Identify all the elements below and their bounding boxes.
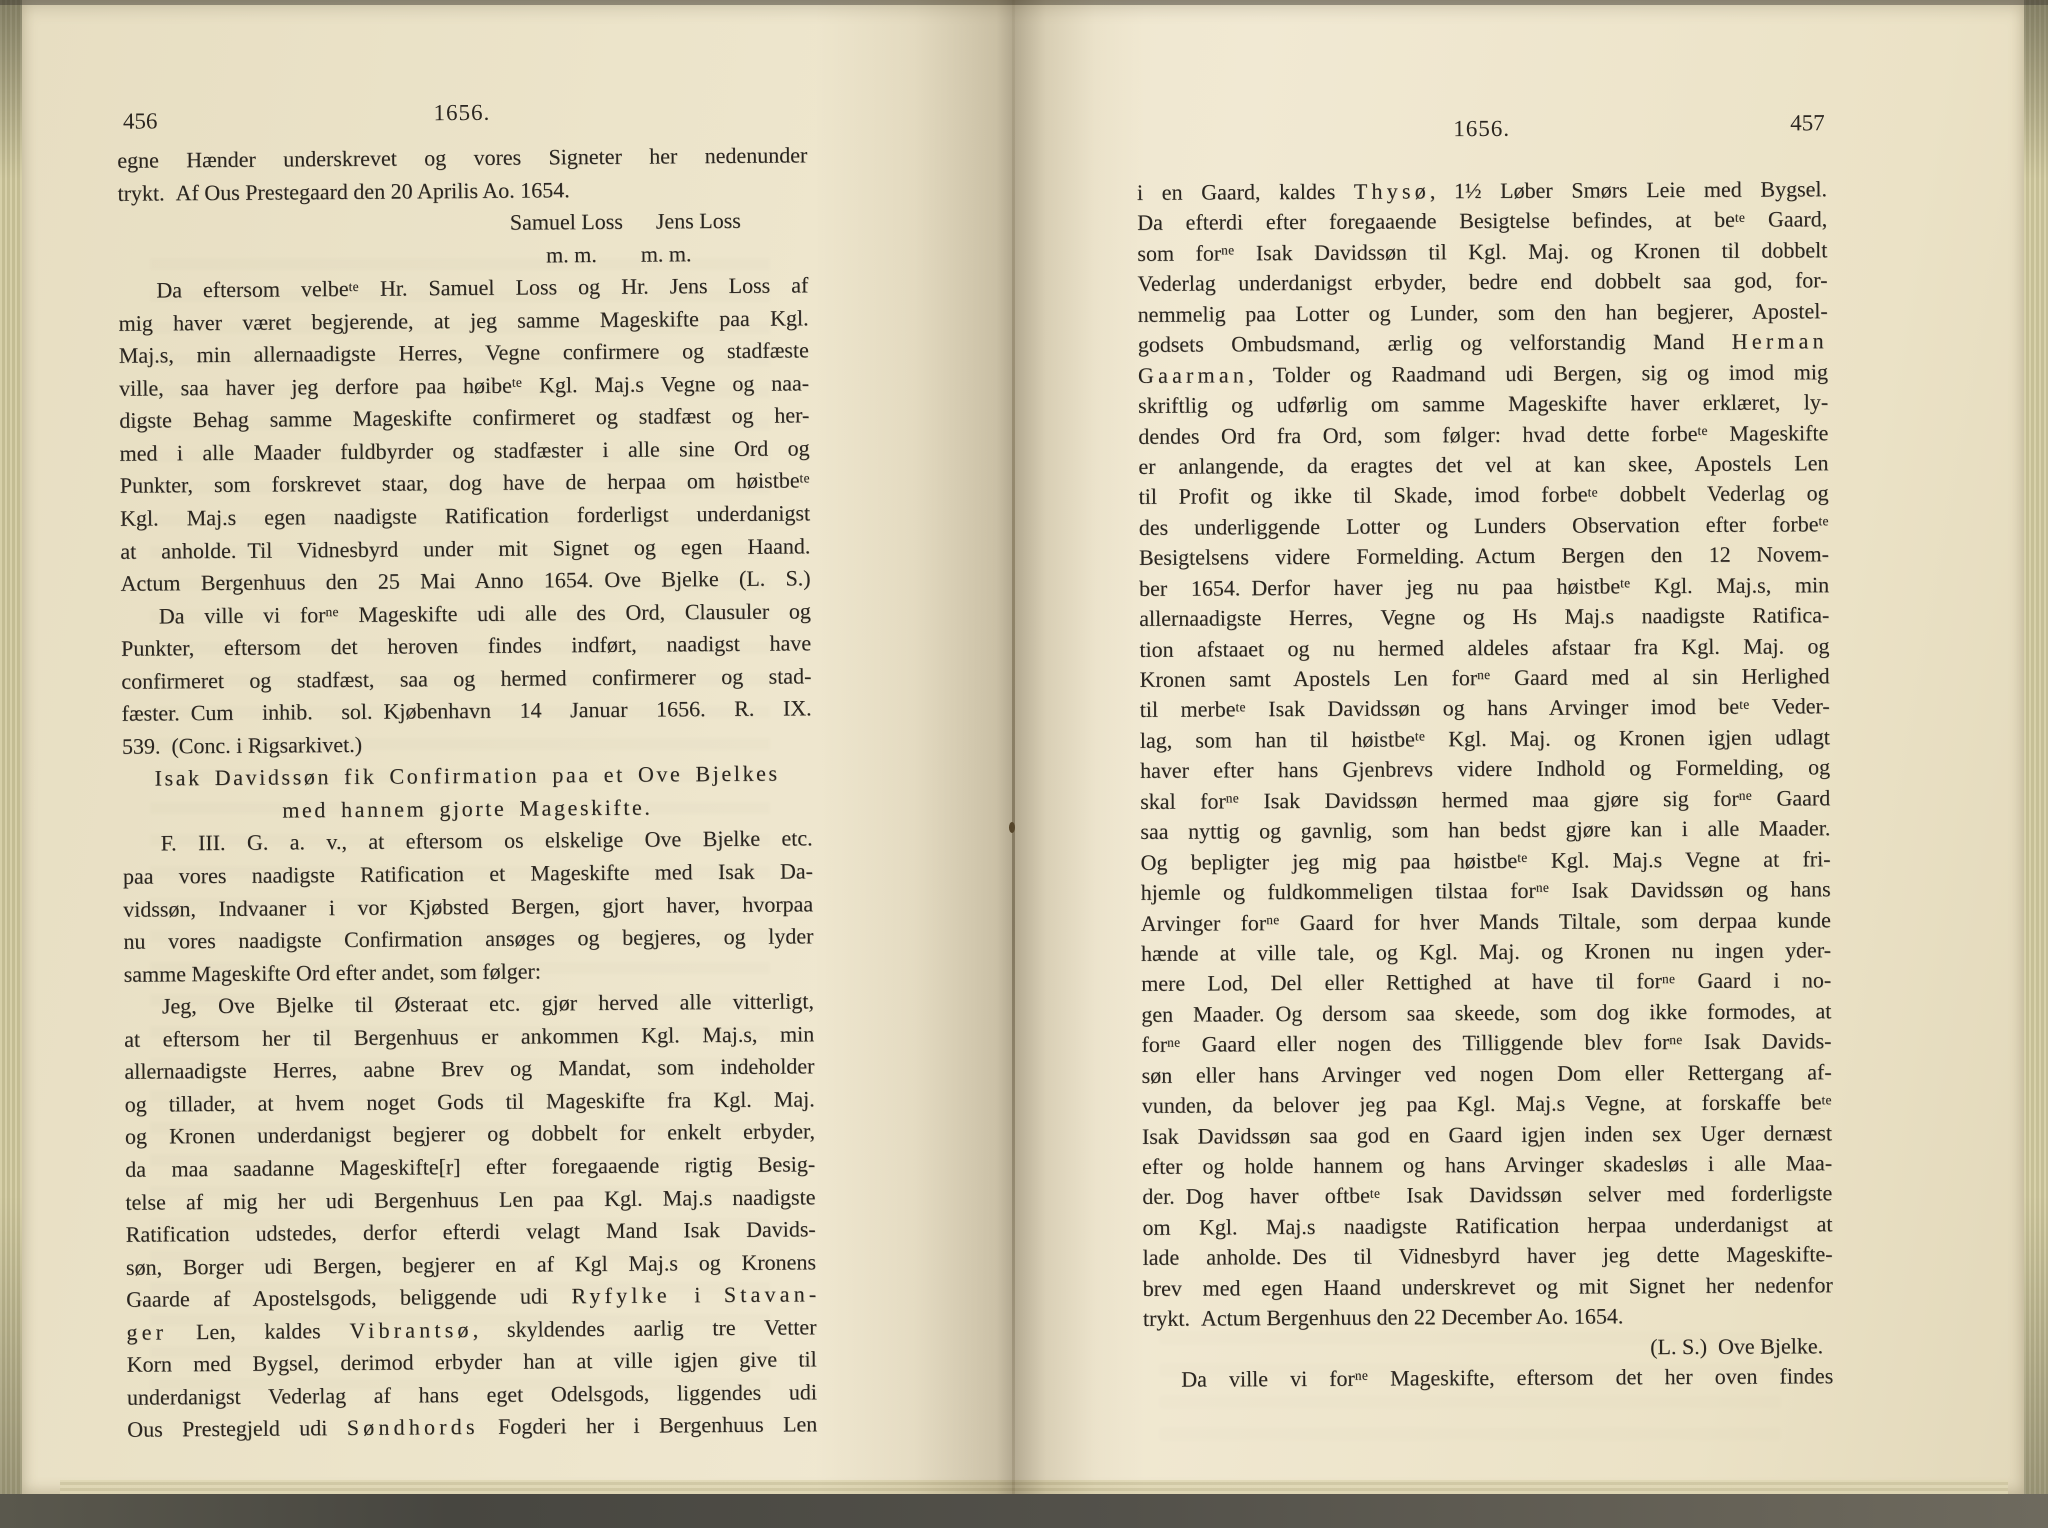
superscript-abbreviation: ne (1739, 788, 1752, 803)
text-line: ber 1654. Derfor haver jeg nu paa høistb… (1139, 570, 1829, 604)
text-line: des underliggende Lotter og Lunders Obse… (1139, 509, 1829, 543)
text-line: gen Maader. Og dersom saa skeede, som do… (1141, 996, 1831, 1030)
right-page-header: 1656. 457 (1137, 110, 1827, 148)
superscript-abbreviation: te (1235, 699, 1245, 714)
text-line: lade anholde. Des til Vidnesbyrd haver j… (1143, 1240, 1833, 1274)
text-line: brev med egen Haand underskrevet og mit … (1143, 1270, 1833, 1304)
superscript-abbreviation: ne (1221, 243, 1234, 258)
superscript-abbreviation: te (1821, 1092, 1831, 1107)
text-line: Da ville vi forne Mageskifte, eftersom d… (1143, 1361, 1833, 1395)
superscript-abbreviation: te (1370, 1185, 1380, 1200)
superscript-abbreviation: ne (1226, 790, 1239, 805)
text-line: (L. S.) Ove Bjelke. (1143, 1331, 1833, 1365)
superscript-abbreviation: te (1620, 575, 1630, 590)
text-line: hænde at ville tale, og Kgl. Maj. og Kro… (1141, 935, 1831, 969)
text-line: til Profit og ikke til Skade, imod forbe… (1139, 479, 1829, 513)
letterspaced-name: Herman (1732, 328, 1828, 354)
text-line: tion afstaaet og nu hermed aldeles afsta… (1139, 631, 1829, 665)
superscript-abbreviation: te (1415, 729, 1425, 744)
text-line: Og bepligter jeg mig paa høistbete Kgl. … (1140, 844, 1830, 878)
text-line: om Kgl. Maj.s naadigste Ratification her… (1142, 1209, 1832, 1243)
text-line: vunden, da belover jeg paa Kgl. Maj.s Ve… (1142, 1087, 1832, 1121)
text-line: der. Dog haver oftbete Isak Davidssøn se… (1142, 1179, 1832, 1213)
superscript-abbreviation: ne (1536, 880, 1549, 895)
text-line: godsets Ombudsmand, ærlig og velforstand… (1138, 326, 1828, 360)
superscript-abbreviation: ne (1355, 1368, 1368, 1383)
running-head-right: 1656. (1137, 114, 1827, 144)
superscript-abbreviation: te (1697, 423, 1707, 438)
superscript-abbreviation: ne (1477, 667, 1490, 682)
text-line: trykt. Actum Bergenhuus den 22 December … (1143, 1300, 1833, 1334)
letterspaced-name: Gaarman (1138, 362, 1248, 388)
superscript-abbreviation: te (1735, 209, 1745, 224)
text-line: lag, som han til høistbete Kgl. Maj. og … (1140, 722, 1830, 756)
text-line: søn eller hans Arvinger ved nogen Dom el… (1142, 1057, 1832, 1091)
text-line: til merbete Isak Davidssøn og hans Arvin… (1140, 692, 1830, 726)
text-line: mere Lod, Del eller Rettighed at have ti… (1141, 966, 1831, 1000)
page-number-right: 457 (1790, 110, 1825, 136)
text-line: Arvinger forne Gaard for hver Mands Tilt… (1141, 905, 1831, 939)
text-line: Da efterdi efter foregaaende Besigtelse … (1137, 205, 1827, 239)
text-line: forne Gaard eller nogen des Tilliggende … (1141, 1026, 1831, 1060)
superscript-abbreviation: te (1517, 850, 1527, 865)
text-line: skal forne Isak Davidssøn hermed maa gjø… (1140, 783, 1830, 817)
text-line: Besigtelsens videre Formelding. Actum Be… (1139, 539, 1829, 573)
text-line: Vederlag underdanigst erbyder, bedre end… (1137, 266, 1827, 300)
superscript-abbreviation: te (1818, 513, 1828, 528)
superscript-abbreviation: te (1588, 484, 1598, 499)
text-line: Isak Davidssøn saa god en Gaard igjen in… (1142, 1118, 1832, 1152)
text-line: saa nyttig og gavnlig, som han bedst gjø… (1140, 813, 1830, 847)
text-line: som forne Isak Davidssøn til Kgl. Maj. o… (1137, 235, 1827, 269)
right-page: 1656. 457 i en Gaard, kaldes Thysø, 1½ L… (0, 0, 2048, 1528)
book-scan: 456 1656. egne Hænder underskrevet og vo… (0, 0, 2048, 1528)
superscript-abbreviation: ne (1669, 1032, 1682, 1047)
text-line: Gaarman, Tolder og Raadmand udi Bergen, … (1138, 357, 1828, 391)
right-text-block: i en Gaard, kaldes Thysø, 1½ Løber Smørs… (1137, 174, 1833, 1395)
text-line: dendes Ord fra Ord, som følger: hvad det… (1138, 418, 1828, 452)
text-line: skriftlig og udførlig om samme Mageskift… (1138, 387, 1828, 421)
superscript-abbreviation: ne (1266, 912, 1279, 927)
text-line: haver efter hans Gjenbrevs videre Indhol… (1140, 753, 1830, 787)
text-line: er anlangende, da eragtes det vel at kan… (1138, 448, 1828, 482)
text-line: i en Gaard, kaldes Thysø, 1½ Løber Smørs… (1137, 174, 1827, 208)
superscript-abbreviation: ne (1167, 1034, 1180, 1049)
text-line: efter og holde hannem og hans Arvinger s… (1142, 1148, 1832, 1182)
superscript-abbreviation: ne (1662, 971, 1675, 986)
text-line: allernaadigste Herres, Vegne og Hs Maj.s… (1139, 600, 1829, 634)
superscript-abbreviation: te (1739, 696, 1749, 711)
text-line: hjemle og fuldkommeligen tilstaa forne I… (1141, 874, 1831, 908)
letterspaced-name: Thysø (1354, 178, 1430, 203)
text-line: nemmelig paa Lotter og Lunder, som den h… (1138, 296, 1828, 330)
text-line: Kronen samt Apostels Len forne Gaard med… (1139, 661, 1829, 695)
